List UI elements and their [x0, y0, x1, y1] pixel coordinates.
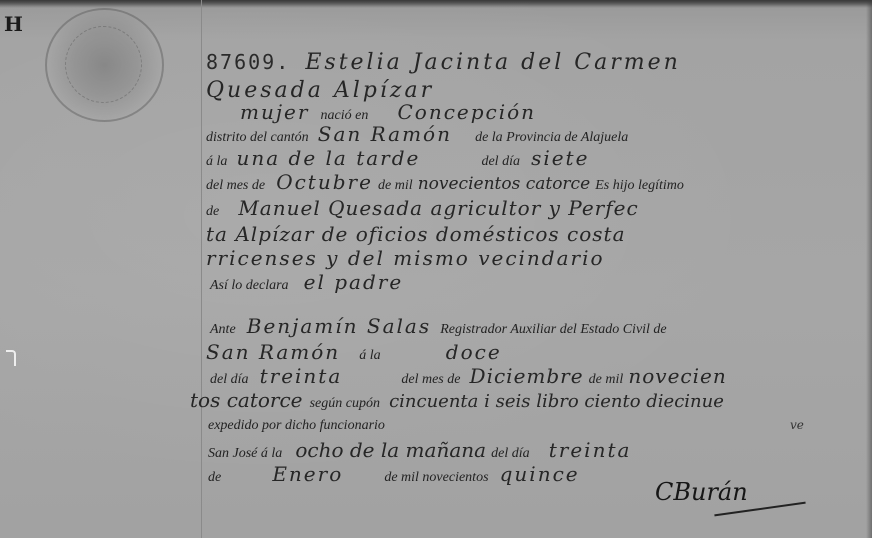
coupon-reference-continuation: ve	[790, 418, 804, 432]
inscription-hour: ocho de la mañana	[295, 438, 486, 462]
corner-mark: H	[4, 12, 21, 36]
printed-at-the-2: á la	[359, 348, 380, 363]
printed-province-label: de la Provincia de Alajuela	[475, 130, 628, 145]
inscription-day: treinta	[549, 438, 632, 462]
child-sex: mujer	[240, 100, 309, 124]
record-line-10: Así lo declara el padre	[210, 270, 403, 294]
registrar-signature: CBurán	[655, 478, 748, 506]
printed-district-label: distrito del cantón	[206, 130, 309, 145]
inscription-year: quince	[500, 462, 580, 486]
top-shadow	[0, 0, 872, 8]
parents-line-1: Manuel Quesada agricultor y Perfec	[238, 196, 638, 220]
registry-place: San Ramón	[206, 340, 340, 364]
printed-of-month: del mes de	[206, 178, 265, 193]
record-line-5: á la una de la tarde del día siete	[206, 146, 589, 170]
record-line-15: expedido por dicho funcionario	[208, 414, 385, 434]
record-line-11: Ante Benjamín Salas Registrador Auxiliar…	[210, 314, 667, 338]
record-line-16: San José á la ocho de la mañana del día …	[208, 438, 631, 462]
record-line-3: mujer nació en Concepción	[240, 100, 536, 124]
birth-month: Octubre	[276, 170, 373, 194]
record-line-9: rricenses y del mismo vecindario	[206, 246, 605, 270]
registry-year-part-1: novecien	[628, 364, 726, 388]
coupon-reference: cincuenta i seis libro ciento diecinue	[389, 391, 724, 412]
registry-page: H 87609. Estelia Jacinta del Carmen Ques…	[0, 0, 872, 538]
birth-day: siete	[531, 146, 589, 170]
printed-of-month-2: del mes de	[401, 372, 460, 387]
registrar-name: Benjamín Salas	[247, 314, 431, 338]
canton-name: San Ramón	[318, 122, 452, 146]
printed-of-thousand-900: de mil novecientos	[384, 470, 488, 485]
printed-according-to-coupon: según cupón	[310, 396, 380, 411]
registry-hour: doce	[446, 340, 502, 364]
printed-of-day: del día	[481, 154, 520, 169]
printed-before: Ante	[210, 322, 236, 337]
record-line-7: de Manuel Quesada agricultor y Perfec	[206, 196, 639, 220]
declarant: el padre	[304, 270, 404, 294]
printed-born-in: nació en	[321, 108, 369, 123]
margin-rule	[201, 0, 202, 538]
printed-registrar-title: Registrador Auxiliar del Estado Civil de	[440, 322, 666, 337]
printed-of-day-3: del día	[491, 446, 530, 461]
registry-day: treinta	[260, 364, 343, 388]
printed-at-the: á la	[206, 154, 227, 169]
record-line-8: ta Alpízar de oficios domésticos costa	[206, 222, 626, 246]
record-line-17: de Enero de mil novecientos quince	[208, 462, 580, 486]
page-edge	[866, 0, 872, 538]
child-given-names: Estelia Jacinta del Carmen	[305, 50, 680, 75]
inscription-month: Enero	[272, 462, 343, 486]
printed-of-thousand: de mil	[378, 178, 413, 193]
printed-of: de	[206, 204, 219, 219]
printed-issued-by-official: expedido por dicho funcionario	[208, 418, 385, 433]
birth-place: Concepción	[397, 100, 536, 124]
seal-stamp-icon	[45, 8, 164, 122]
printed-so-declares: Así lo declara	[210, 278, 289, 293]
printed-san-jose-at-the: San José á la	[208, 446, 282, 461]
seal-inner-ring	[65, 26, 142, 103]
registry-month: Diciembre	[470, 364, 584, 388]
record-line-6: del mes de Octubre de mil novecientos ca…	[206, 170, 684, 194]
parents-line-3: rricenses y del mismo vecindario	[206, 246, 605, 270]
registry-year-part-2: tos catorce	[190, 388, 303, 412]
birth-hour: una de la tarde	[236, 146, 420, 170]
record-line-4: distrito del cantón San Ramón de la Prov…	[206, 122, 628, 146]
printed-legitimate-child: Es hijo legítimo	[595, 178, 684, 193]
record-line-14: tos catorce según cupón cincuenta i seis…	[190, 388, 724, 412]
birth-year: novecientos catorce	[418, 174, 590, 194]
record-line-13: del día treinta del mes de Diciembre de …	[210, 364, 727, 388]
record-number: 87609.	[206, 50, 290, 74]
printed-of-2: de	[208, 470, 221, 485]
printed-of-day-2: del día	[210, 372, 249, 387]
scratch-mark	[6, 350, 16, 366]
record-line-12: San Ramón á la doce	[206, 340, 502, 364]
printed-of-thousand-2: de mil	[589, 372, 624, 387]
record-line-1: 87609. Estelia Jacinta del Carmen	[206, 50, 681, 75]
parents-line-2: ta Alpízar de oficios domésticos costa	[206, 222, 626, 246]
